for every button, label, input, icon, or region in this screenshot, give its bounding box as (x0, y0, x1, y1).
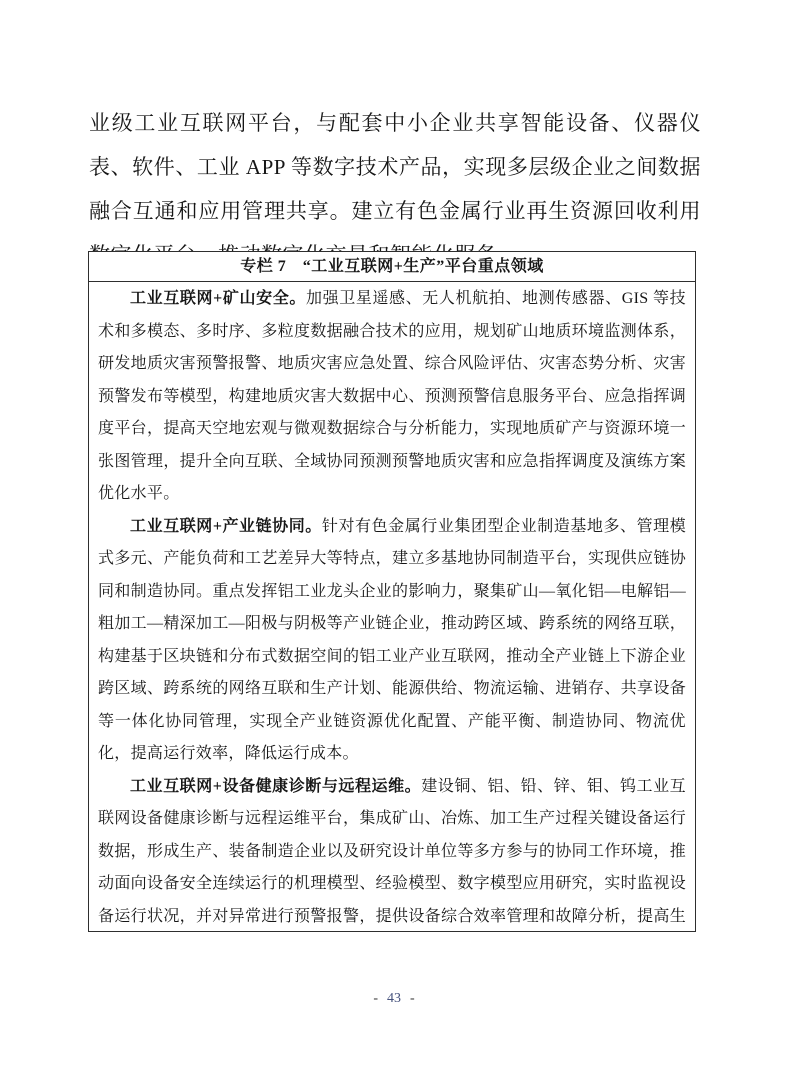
callout-paragraph-industry-chain: 工业互联网+产业链协同。针对有色金属行业集团型企业制造基地多、管理模式多元、产能… (98, 511, 686, 771)
callout-box: 专栏 7 “工业互联网+生产”平台重点领域 工业互联网+矿山安全。加强卫星遥感、… (88, 251, 696, 932)
callout-box-title: 专栏 7 “工业互联网+生产”平台重点领域 (89, 252, 695, 282)
callout-paragraph-equipment-health: 工业互联网+设备健康诊断与远程运维。建设铜、铝、铅、锌、钼、钨工业互联网设备健康… (98, 771, 686, 933)
callout-paragraph-mine-safety: 工业互联网+矿山安全。加强卫星遥感、无人机航拍、地测传感器、GIS 等技术和多模… (98, 283, 686, 511)
footer-dash-left: - (373, 991, 378, 1006)
paragraph-lead: 工业互联网+矿山安全。 (130, 290, 306, 307)
footer-dash-right: - (410, 991, 415, 1006)
document-page: 业级工业互联网平台，与配套中小企业共享智能设备、仪器仪表、软件、工业 APP 等… (0, 0, 788, 1073)
paragraph-lead: 工业互联网+设备健康诊断与远程运维。 (130, 778, 421, 795)
paragraph-lead: 工业互联网+产业链协同。 (130, 518, 322, 535)
page-footer: -43- (0, 991, 788, 1007)
callout-box-body: 工业互联网+矿山安全。加强卫星遥感、无人机航拍、地测传感器、GIS 等技术和多模… (89, 282, 695, 932)
page-number: 43 (387, 991, 401, 1007)
paragraph-text: 针对有色金属行业集团型企业制造基地多、管理模式多元、产能负荷和工艺差异大等特点，… (98, 518, 686, 763)
paragraph-text: 建设铜、铝、铅、锌、钼、钨工业互联网设备健康诊断与远程运维平台，集成矿山、冶炼、… (98, 778, 686, 933)
paragraph-text: 加强卫星遥感、无人机航拍、地测传感器、GIS 等技术和多模态、多时序、多粒度数据… (98, 290, 686, 502)
